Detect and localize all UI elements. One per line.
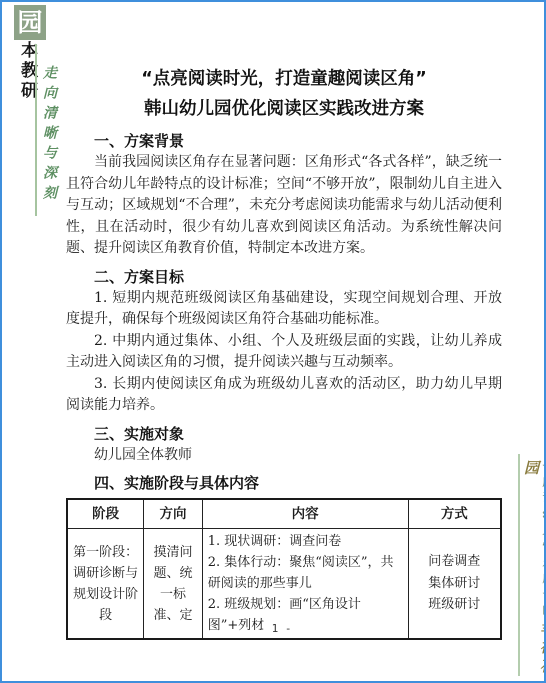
right-divider-line — [518, 454, 520, 676]
right-slogan-prefix: 一座让幼儿快乐成长的 — [541, 460, 546, 620]
document-page: 园 本教研 走向清晰与深刻 一座让幼儿快乐成长的幸福花园 “点亮阅读时光，打造童… — [0, 0, 546, 683]
goal-item-1: 1. 短期内规范班级阅读区角基础建设，实现空间规划合理、开放度提升，确保每个班级… — [66, 288, 502, 331]
document-body: “点亮阅读时光，打造童趣阅读区角” 韩山幼儿园优化阅读区实践改进方案 一、方案背… — [66, 64, 502, 640]
logo-character: 园 — [17, 10, 42, 35]
header-stage: 阶段 — [67, 499, 144, 529]
method-line-3: 班级研讨 — [414, 594, 495, 616]
content-item-2: 2. 集体行动：聚焦“阅读区”，共研阅读的那些事儿 — [208, 552, 403, 594]
document-title-line1: “点亮阅读时光，打造童趣阅读区角” — [66, 64, 502, 94]
section-heading-phases: 四、实施阶段与具体内容 — [66, 472, 502, 494]
goal-item-2: 2. 中期内通过集体、小组、个人及班级层面的实践，让幼儿养成主动进入阅读区角的习… — [66, 331, 502, 374]
header-direction: 方向 — [144, 499, 203, 529]
targets-paragraph: 幼儿园全体教师 — [66, 445, 502, 467]
document-title-line2: 韩山幼儿园优化阅读区实践改进方案 — [66, 94, 502, 124]
section-heading-targets: 三、实施对象 — [66, 423, 502, 445]
header-method: 方式 — [408, 499, 501, 529]
table-header-row: 阶段 方向 内容 方式 — [67, 499, 501, 529]
page-number: - 1 - — [2, 622, 546, 635]
right-slogan: 一座让幼儿快乐成长的幸福花园 — [523, 460, 546, 681]
background-paragraph: 当前我园阅读区角存在显著问题：区角形式“各式各样”，缺乏统一且符合幼儿年龄特点的… — [66, 152, 502, 260]
method-line-1: 问卷调查 — [414, 551, 495, 573]
section-heading-background: 一、方案背景 — [66, 130, 502, 152]
left-divider-line — [35, 44, 37, 216]
method-line-2: 集体研讨 — [414, 573, 495, 595]
goal-item-3: 3. 长期内使阅读区角成为班级幼儿喜欢的活动区，助力幼儿早期阅读能力培养。 — [66, 374, 502, 417]
section-heading-goals: 二、方案目标 — [66, 266, 502, 288]
kindergarten-logo: 园 — [14, 5, 46, 40]
header-content: 内容 — [202, 499, 408, 529]
content-item-1: 1. 现状调研：调查问卷 — [208, 531, 403, 552]
implementation-table: 阶段 方向 内容 方式 第一阶段：调研诊断与规划设计阶段 摸清问题、统一标准、定… — [66, 498, 502, 640]
left-slogan: 走向清晰与深刻 — [39, 65, 59, 205]
